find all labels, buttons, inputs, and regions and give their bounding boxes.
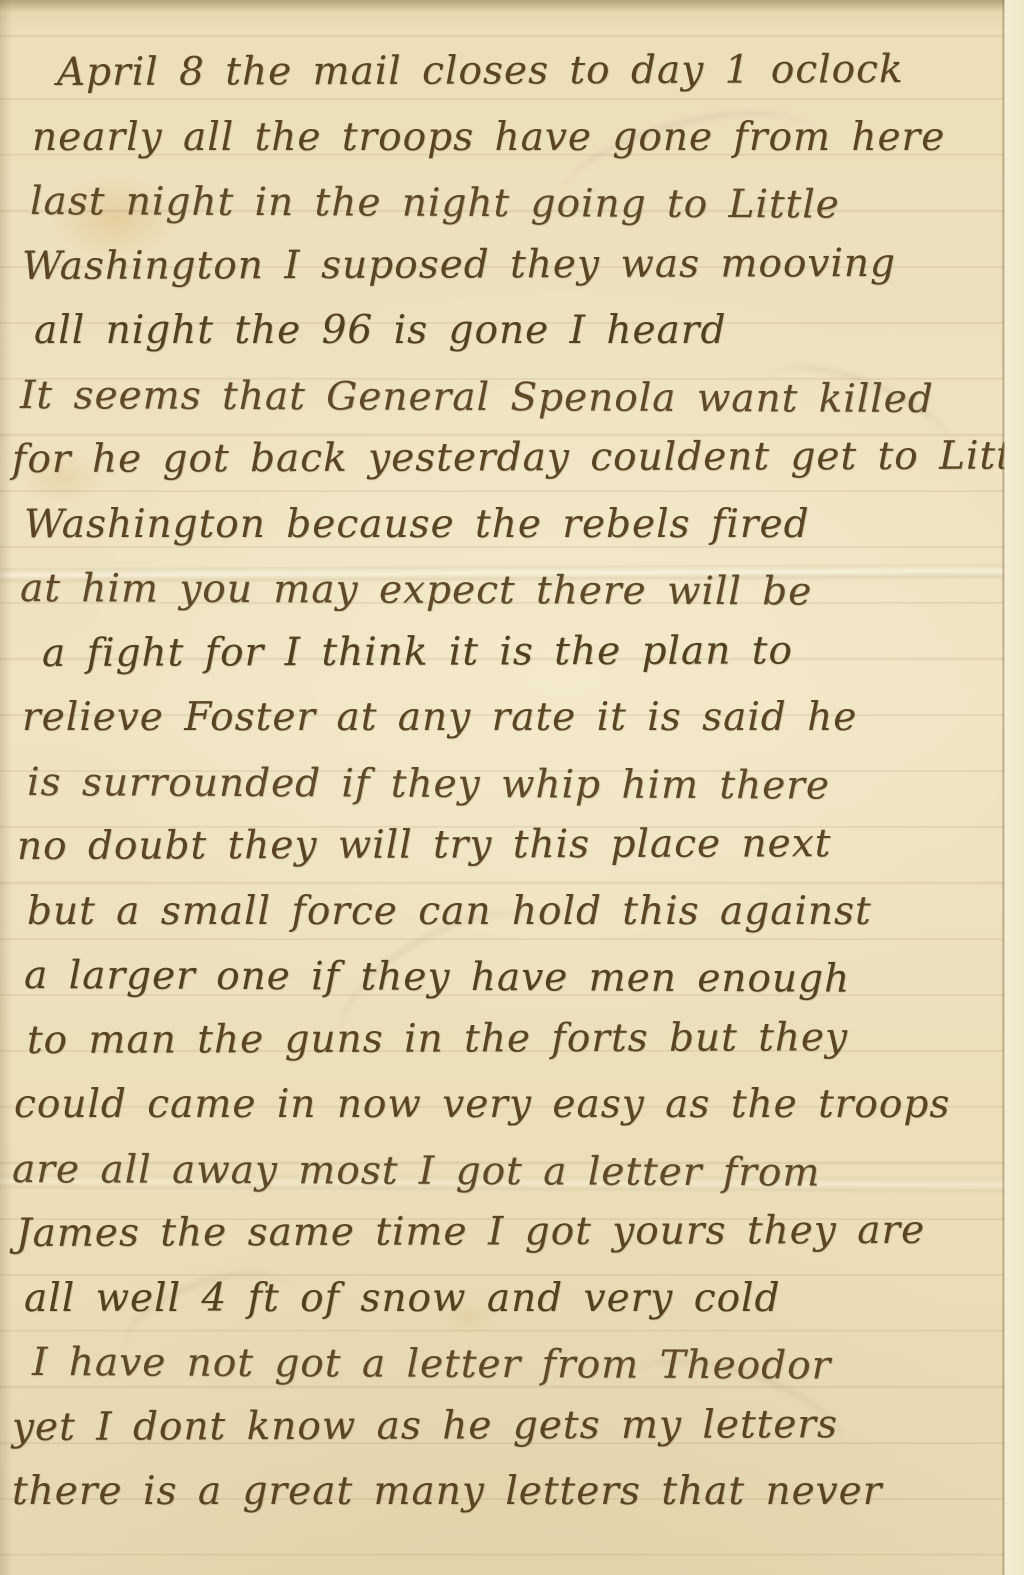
letter-line: for he got back yesterday couldent get t… (12, 434, 984, 502)
letter-line: April 8 the mail closes to day 1 oclock (57, 47, 984, 115)
letter-line: all night the 96 is gone I heard (34, 308, 984, 373)
letter-line: last night in the night going to Little (30, 179, 984, 248)
letter-line: are all away most I got a letter from (12, 1147, 984, 1216)
letter-line: yet I dont know as he gets my letters (12, 1401, 984, 1469)
scan-edge-top (0, 0, 1024, 12)
letter-line: a larger one if they have men enough (24, 953, 984, 1022)
under-sheet (1005, 0, 1024, 1575)
letter-line: all well 4 ft of snow and very cold (24, 1276, 984, 1341)
letter-line: is surrounded if they whip him there (27, 760, 984, 829)
letter-line: nearly all the troops have gone from her… (32, 115, 984, 180)
scan-edge-left (0, 0, 12, 1575)
letter-line: Washington I suposed they was mooving (22, 240, 984, 308)
letter-line: there is a great many letters that never (12, 1469, 984, 1534)
letter-line: at him you may expect there will be (20, 566, 984, 635)
letter-line: a fight for I think it is the plan to (42, 627, 984, 695)
letter-line: James the same time I got yours they are (16, 1208, 984, 1276)
letter-line: relieve Foster at any rate it is said he (22, 695, 984, 760)
letter-line: no doubt they will try this place next (17, 821, 984, 889)
page-edge (1002, 0, 1005, 1575)
letter-body: April 8 the mail closes to day 1 oclock … (12, 50, 984, 1534)
letter-line: to man the guns in the forts but they (27, 1014, 984, 1082)
letter-line: but a small force can hold this against (27, 889, 984, 954)
letter-line: could came in now very easy as the troop… (14, 1082, 984, 1147)
letter-line: I have not got a letter from Theodor (32, 1340, 984, 1409)
letter-line: It seems that General Spenola want kille… (20, 373, 984, 442)
letter-line: Washington because the rebels fired (24, 502, 984, 567)
letter-scan: April 8 the mail closes to day 1 oclock … (0, 0, 1024, 1575)
